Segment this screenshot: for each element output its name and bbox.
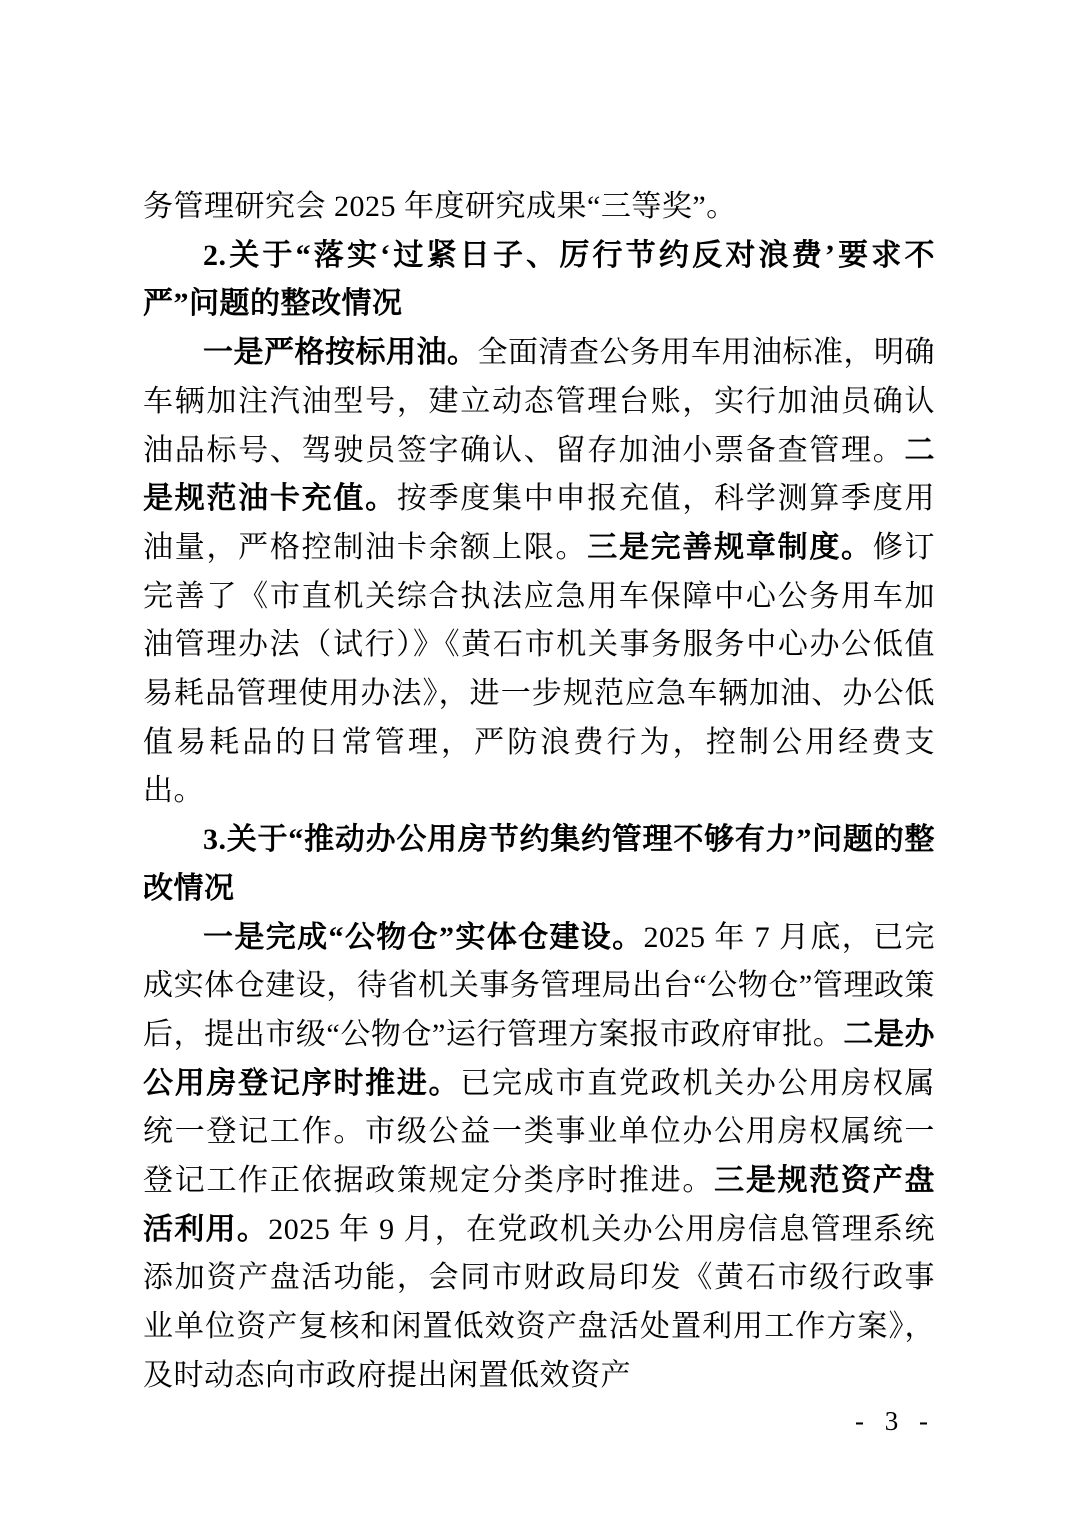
paragraph: 一是完成“公物仓”实体仓建设。2025 年 7 月底，已完成实体仓建设，待省机关… [143,914,935,1401]
text-run: 务管理研究会 2025 年度研究成果“三等奖”。 [143,190,737,223]
paragraph: 一是严格按标用油。全面清查公务用车用油标准，明确车辆加注汽油型号，建立动态管理台… [143,329,935,816]
text-run: 2.关于“落实‘过紧日子、厉行节约反对浪费’要求不严”问题的整改情况 [143,239,935,321]
section-heading: 3.关于“推动办公用房节约集约管理不够有力”问题的整改情况 [143,816,935,913]
document-body: 务管理研究会 2025 年度研究成果“三等奖”。2.关于“落实‘过紧日子、厉行节… [143,183,935,1401]
text-run: 三是完善规章制度。 [587,531,873,564]
section-heading: 2.关于“落实‘过紧日子、厉行节约反对浪费’要求不严”问题的整改情况 [143,232,935,329]
text-run: 一是严格按标用油。 [203,336,478,369]
paragraph: 务管理研究会 2025 年度研究成果“三等奖”。 [143,183,935,232]
text-run: 一是完成“公物仓”实体仓建设。 [203,921,644,954]
page-number: - 3 - [855,1406,935,1436]
text-run: 3.关于“推动办公用房节约集约管理不够有力”问题的整改情况 [143,823,935,905]
page-footer: - 3 - [143,1406,935,1437]
text-run: 修订完善了《市直机关综合执法应急用车保障中心公务用车加油管理办法（试行）》《黄石… [143,531,935,808]
document-page: 务管理研究会 2025 年度研究成果“三等奖”。2.关于“落实‘过紧日子、厉行节… [0,0,1074,1520]
